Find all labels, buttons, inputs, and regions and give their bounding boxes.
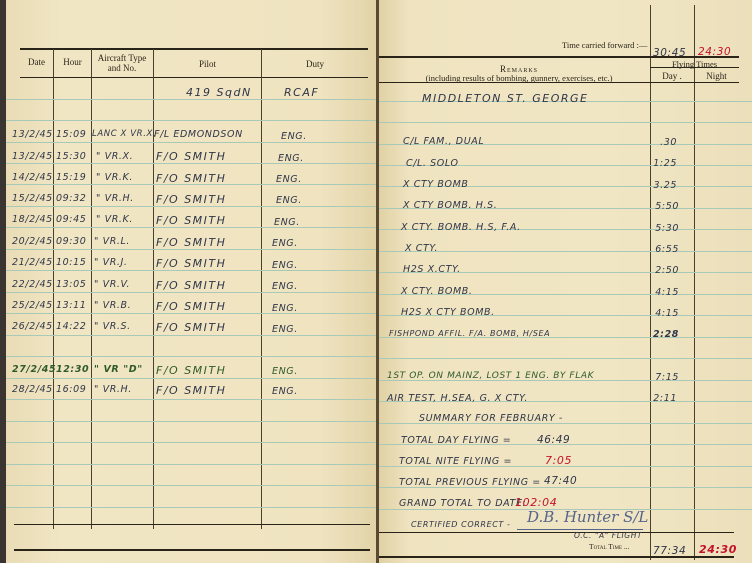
row-duty: ENG. bbox=[272, 281, 298, 292]
row-hour: 12:30 bbox=[56, 364, 89, 375]
row-date: 28/2/45 bbox=[12, 384, 53, 395]
certified-label: CERTIFIED CORRECT - bbox=[411, 520, 511, 529]
row-duty: ENG. bbox=[274, 217, 300, 228]
signature-line bbox=[517, 529, 643, 530]
day-col-divider bbox=[650, 5, 651, 560]
row-pilot: F/O SMITH bbox=[156, 279, 226, 292]
col-divider bbox=[53, 49, 54, 529]
col-divider bbox=[153, 49, 154, 529]
row-hour: 14:22 bbox=[56, 321, 86, 332]
row-date: 25/2/45 bbox=[12, 300, 53, 311]
summary-nite-value: 7:05 bbox=[545, 454, 572, 467]
total-time-label: Total Time ... bbox=[589, 542, 630, 551]
row-day-time: 7:15 bbox=[655, 372, 679, 383]
row-remarks: H2S X CTY BOMB. bbox=[401, 307, 495, 318]
row-pilot: F/O SMITH bbox=[156, 364, 226, 377]
footer-rule bbox=[14, 524, 370, 525]
location-heading: MIDDLETON ST. GEORGE bbox=[422, 92, 589, 105]
signature: D.B. Hunter S/L bbox=[527, 508, 648, 526]
row-day-time: 2:28 bbox=[653, 329, 679, 340]
row-date: 27/2/45 bbox=[12, 364, 56, 375]
summary-day-label: TOTAL DAY FLYING = bbox=[401, 435, 511, 446]
total-rule bbox=[379, 532, 734, 533]
row-date: 15/2/45 bbox=[12, 193, 53, 204]
row-date: 22/2/45 bbox=[12, 279, 53, 290]
row-date: 18/2/45 bbox=[12, 214, 53, 225]
header-top-rule bbox=[20, 48, 368, 50]
row-day-time: 6:55 bbox=[655, 244, 679, 255]
row-duty: ENG. bbox=[272, 366, 298, 377]
row-aircraft: " VR.K. bbox=[96, 214, 133, 225]
row-date: 20/2/45 bbox=[12, 236, 53, 247]
remarks-subheader: (including results of bombing, gunnery, … bbox=[379, 73, 659, 83]
row-remarks: X CTY. bbox=[405, 243, 438, 254]
summary-grand-label: GRAND TOTAL TO DATE: bbox=[399, 498, 526, 509]
row-remarks: X CTY. BOMB. bbox=[401, 286, 473, 297]
row-hour: 09:30 bbox=[56, 236, 86, 247]
footer-rule bbox=[14, 549, 370, 551]
row-duty: ENG. bbox=[272, 324, 298, 335]
row-aircraft: " VR.J. bbox=[94, 257, 128, 268]
night-col-divider bbox=[694, 5, 695, 560]
row-aircraft: " VR.K. bbox=[96, 172, 133, 183]
row-day-time: 5:30 bbox=[655, 223, 679, 234]
header-aircraft: Aircraft Type and No. bbox=[96, 53, 148, 73]
row-day-time: 4:15 bbox=[655, 287, 679, 298]
row-aircraft: " VR.X. bbox=[96, 151, 133, 162]
col-divider bbox=[91, 49, 92, 529]
header-bottom-rule bbox=[20, 77, 368, 78]
row-day-time: .30 bbox=[660, 137, 677, 148]
row-remarks: C/L FAM., DUAL bbox=[403, 136, 484, 147]
logbook-right-page: Time carried forward :— 30:45 24:30 Rema… bbox=[379, 0, 752, 563]
row-aircraft: LANC X VR.X. bbox=[92, 129, 156, 139]
row-aircraft: " VR "D" bbox=[94, 364, 143, 375]
row-pilot: F/O SMITH bbox=[156, 257, 226, 270]
header-pilot: Pilot bbox=[154, 59, 261, 69]
header-duty: Duty bbox=[262, 59, 368, 69]
summary-day-value: 46:49 bbox=[537, 434, 570, 446]
signatory-title: O.C. "A" FLIGHT bbox=[574, 531, 642, 540]
row-hour: 13:11 bbox=[56, 300, 86, 311]
row-hour: 09:45 bbox=[56, 214, 86, 225]
row-day-time: 2:50 bbox=[655, 265, 679, 276]
row-date: 26/2/45 bbox=[12, 321, 53, 332]
summary-nite-label: TOTAL NITE FLYING = bbox=[399, 456, 512, 467]
night-header: Night bbox=[694, 71, 739, 81]
row-duty: ENG. bbox=[276, 174, 302, 185]
row-date: 21/2/45 bbox=[12, 257, 53, 268]
row-hour: 10:15 bbox=[56, 257, 86, 268]
row-pilot: F/O SMITH bbox=[156, 172, 226, 185]
header-top-rule bbox=[379, 56, 739, 58]
row-hour: 16:09 bbox=[56, 384, 86, 395]
header-hour: Hour bbox=[54, 57, 91, 67]
row-pilot: F/O SMITH bbox=[156, 300, 226, 313]
row-duty: ENG. bbox=[272, 260, 298, 271]
summary-prev-label: TOTAL PREVIOUS FLYING = bbox=[399, 477, 541, 488]
row-hour: 15:30 bbox=[56, 151, 86, 162]
row-remarks: 1ST OP. ON MAINZ, LOST 1 ENG. BY FLAK bbox=[387, 371, 594, 381]
row-date: 13/2/45 bbox=[12, 151, 53, 162]
row-aircraft: " VR.S. bbox=[94, 321, 131, 332]
row-duty: ENG. bbox=[276, 195, 302, 206]
row-pilot: F/O SMITH bbox=[156, 193, 226, 206]
row-remarks: X CTY. BOMB. H.S, F.A. bbox=[401, 222, 521, 233]
row-duty: ENG. bbox=[278, 153, 304, 164]
row-aircraft: " VR.B. bbox=[94, 300, 131, 311]
logbook-left-page: Date Hour Aircraft Type and No. Pilot Du… bbox=[6, 0, 376, 563]
row-hour: 09:32 bbox=[56, 193, 86, 204]
row-aircraft: " VR.L. bbox=[94, 236, 130, 247]
header-date: Date bbox=[20, 57, 53, 67]
col-divider bbox=[261, 49, 262, 529]
row-duty: ENG. bbox=[281, 131, 307, 142]
day-header: Day . bbox=[650, 71, 694, 81]
total-day: 77:34 bbox=[653, 545, 686, 557]
summary-title: SUMMARY FOR FEBRUARY - bbox=[419, 413, 563, 424]
row-duty: ENG. bbox=[272, 238, 298, 249]
row-remarks: FISHPOND AFFIL. F/A. BOMB, H/SEA bbox=[389, 329, 550, 338]
row-aircraft: " VR.H. bbox=[94, 384, 132, 395]
summary-prev-value: 47:40 bbox=[544, 475, 577, 487]
row-duty: ENG. bbox=[272, 303, 298, 314]
air-force-heading: RCAF bbox=[284, 86, 319, 99]
row-pilot: F/O SMITH bbox=[156, 236, 226, 249]
flying-times-header: Flying Times bbox=[650, 59, 739, 69]
row-pilot: F/O SMITH bbox=[156, 150, 226, 163]
row-day-time: 5:50 bbox=[655, 201, 679, 212]
row-remarks: C/L. SOLO bbox=[406, 158, 459, 169]
row-duty: ENG. bbox=[272, 386, 298, 397]
row-pilot: F/L EDMONDSON bbox=[154, 129, 243, 140]
row-remarks: X CTY BOMB. H.S. bbox=[403, 200, 497, 211]
row-pilot: F/O SMITH bbox=[156, 321, 226, 334]
row-date: 14/2/45 bbox=[12, 172, 53, 183]
total-night: 24:30 bbox=[699, 543, 737, 556]
row-remarks: AIR TEST, H.SEA, G. X CTY. bbox=[387, 393, 528, 404]
row-hour: 15:09 bbox=[56, 129, 86, 140]
carried-forward-label: Time carried forward :— bbox=[562, 40, 647, 50]
row-day-time: 4:15 bbox=[655, 308, 679, 319]
row-day-time: 1:25 bbox=[653, 158, 677, 169]
row-hour: 15:19 bbox=[56, 172, 86, 183]
row-day-time: 2:11 bbox=[653, 393, 677, 404]
row-aircraft: " VR.V. bbox=[94, 279, 130, 290]
row-pilot: F/O SMITH bbox=[156, 214, 226, 227]
row-aircraft: " VR.H. bbox=[96, 193, 134, 204]
row-date: 13/2/45 bbox=[12, 129, 53, 140]
row-hour: 13:05 bbox=[56, 279, 86, 290]
row-remarks: H2S X.CTY. bbox=[403, 264, 461, 275]
squadron-heading: 419 SqdN bbox=[186, 86, 252, 99]
row-pilot: F/O SMITH bbox=[156, 384, 226, 397]
row-day-time: 3.25 bbox=[653, 180, 677, 191]
row-remarks: X CTY BOMB bbox=[403, 179, 469, 190]
